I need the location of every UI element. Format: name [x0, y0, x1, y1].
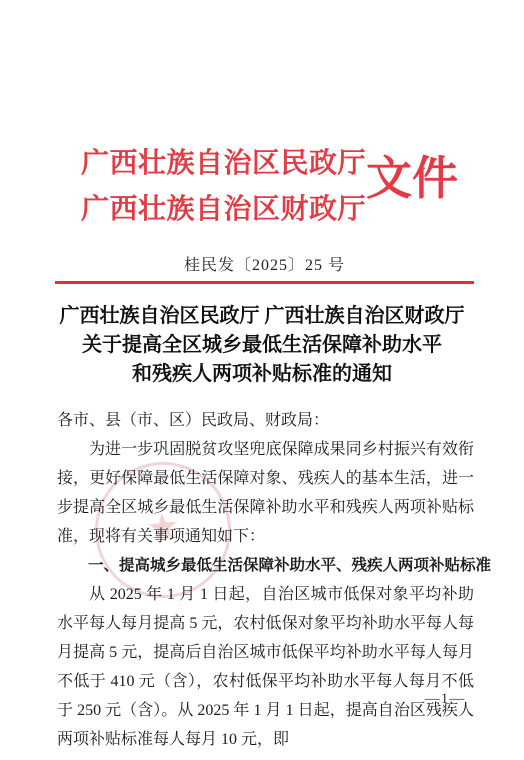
letterhead-document-mark: 文件 [366, 156, 458, 202]
document-reference-number: 桂民发〔2025〕25 号 [55, 252, 474, 275]
letterhead-divider-rule [55, 281, 474, 284]
letterhead-agency-names: 广西壮族自治区民政厅 广西壮族自治区财政厅 [81, 141, 366, 233]
body-section1-heading: 一、提高城乡最低生活保障补助水平、残疾人两项补贴标准 [57, 551, 474, 580]
document-title: 广西壮族自治区民政厅 广西壮族自治区财政厅 关于提高全区城乡最低生活保障补助水平… [30, 302, 494, 389]
body-paragraph-1: 为进一步巩固脱贫攻坚兜底保障成果同乡村振兴有效衔接，更好保障最低生活保障对象、残… [57, 435, 474, 551]
letterhead-agency-line1: 广西壮族自治区民政厅 [81, 141, 366, 187]
body-salutation: 各市、县（市、区）民政局、财政局： [57, 406, 474, 435]
letterhead-agency-line2: 广西壮族自治区财政厅 [81, 187, 366, 233]
body-paragraph-2: 从 2025 年 1 月 1 日起，自治区城市低保对象平均补助水平每人每月提高 … [57, 580, 474, 754]
document-page: 广西壮族自治区民政厅 广西壮族自治区财政厅 文件 桂民发〔2025〕25 号 广… [0, 0, 524, 760]
document-body: 各市、县（市、区）民政局、财政局： 为进一步巩固脱贫攻坚兜底保障成果同乡村振兴有… [57, 406, 474, 754]
document-title-line3: 和残疾人两项补贴标准的通知 [30, 360, 494, 389]
document-title-line2: 关于提高全区城乡最低生活保障补助水平 [30, 331, 494, 360]
document-title-line1: 广西壮族自治区民政厅 广西壮族自治区财政厅 [30, 302, 494, 331]
